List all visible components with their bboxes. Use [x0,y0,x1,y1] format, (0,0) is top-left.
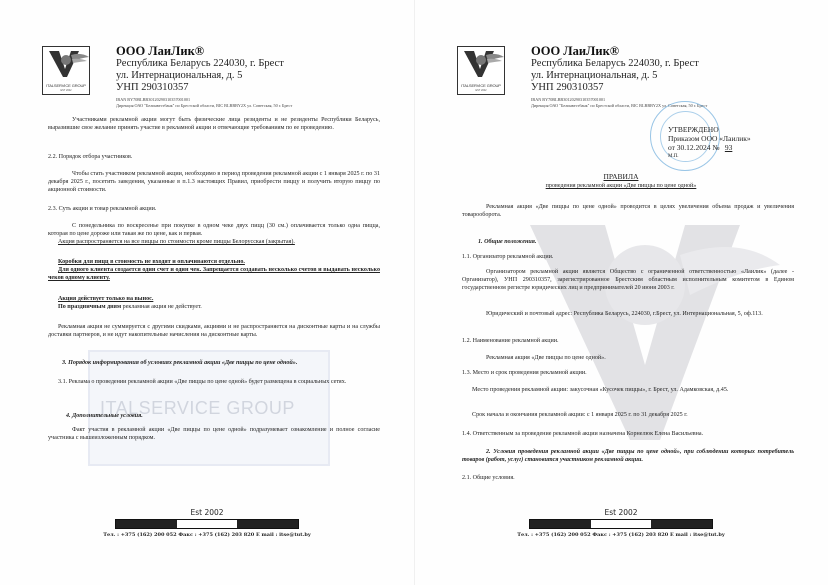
paragraph-no-combination: Рекламная акция не суммируется с другими… [48,323,380,339]
company-unp: УНП 290310357 [116,82,292,94]
letterhead: ООО ЛаиЛик® Республика Беларусь 224030, … [116,44,292,109]
company-logo: ITALSERVICE GROUP EST 2002 [42,46,90,95]
footer-established: Est 2002 [414,508,828,517]
heading-section-2: 2. Условия проведения рекламной акции «Д… [462,448,794,464]
footer-contacts: Тел. : +375 (162) 200 052 Факс : +375 (1… [414,532,828,538]
heading-section-3: 3. Порядок информирования об условиях ре… [62,359,394,367]
paragraph-location: Место проведения рекламной акции: закусо… [462,386,794,394]
footer: Est 2002 Тел. : +375 (162) 200 052 Факс … [414,508,828,538]
paragraph-advertising: 3.1. Реклама о проведении рекламной акци… [48,378,380,386]
paragraph-period: Срок начала и окончания рекламной акции:… [462,411,794,419]
winged-v-icon [45,49,89,79]
footer-contacts: Тел. : +375 (162) 200 052 Факс : +375 (1… [0,532,414,538]
document-page-left: ITALSERVICE GROUP ITALSERVICE GROUP EST … [0,0,414,585]
paragraph-holidays: По праздничным дням рекламная акция не д… [48,303,380,311]
footer: Est 2002 Тел. : +375 (162) 200 052 Факс … [0,508,414,538]
paragraph-one-check: Для одного клиента создается один счет и… [48,266,380,282]
section-1-3: 1.3. Место и срок проведения рекламной а… [462,369,794,377]
holidays-rest: рекламная акция не действует. [121,304,202,310]
logo-subtext: EST 2002 [43,89,89,92]
paragraph-consent: Факт участия в рекламной акции «Две пицц… [48,426,380,442]
paragraph-intro: Рекламная акция «Две пиццы по цене одной… [462,203,794,219]
footer-established: Est 2002 [0,508,414,517]
holidays-bold: По праздничным дням [58,304,121,310]
footer-bar [115,519,299,529]
company-name: ООО ЛаиЛик® [116,44,292,58]
paragraph-address: Юридический и почтовый адрес: Республика… [462,310,794,318]
section-2-2: 2.2. Порядок отбора участников. [48,153,380,161]
company-address-1: Республика Беларусь 224030, г. Брест [116,58,292,70]
paragraph-how-to-participate: Чтобы стать участником рекламной акции, … [48,170,380,195]
section-1-1: 1.1. Организатор рекламной акции. [462,253,794,261]
section-1-2: 1.2. Наименование рекламной акции. [462,337,794,345]
company-bank: Дирекция ОАО "Белинвестбанк" по Брестско… [116,103,292,109]
heading-section-1: 1. Общие положения. [478,238,810,246]
footer-bar [529,519,713,529]
section-2-3: 2.3. Суть акции и товар рекламной акции. [48,205,380,213]
paragraph-exclusion: Акция распространяется на все пиццы по с… [48,238,380,246]
paragraph-boxes: Коробки для пицц в стоимость не входят и… [48,258,380,266]
paragraph-takeaway: Акция действует только на вынос. [48,295,380,303]
section-1-4: 1.4. Ответственным за проведение рекламн… [462,430,794,438]
right-page-body: Рекламная акция «Две пиццы по цене одной… [414,0,828,585]
logo-text: ITALSERVICE GROUP [43,83,89,88]
paragraph-organizer: Организатором рекламной акции является О… [462,268,794,293]
paragraph-offer: С понедельника по воскресенье при покупк… [48,222,380,238]
company-address-2: ул. Интернациональная, д. 5 [116,70,292,82]
heading-section-4: 4. Дополнительные условия. [66,412,398,420]
paragraph-action-name: Рекламная акция «Две пиццы по цене одной… [462,354,794,362]
paragraph-participants: Участниками рекламной акции могут быть ф… [48,116,380,132]
section-2-1: 2.1. Общие условия. [462,474,794,482]
